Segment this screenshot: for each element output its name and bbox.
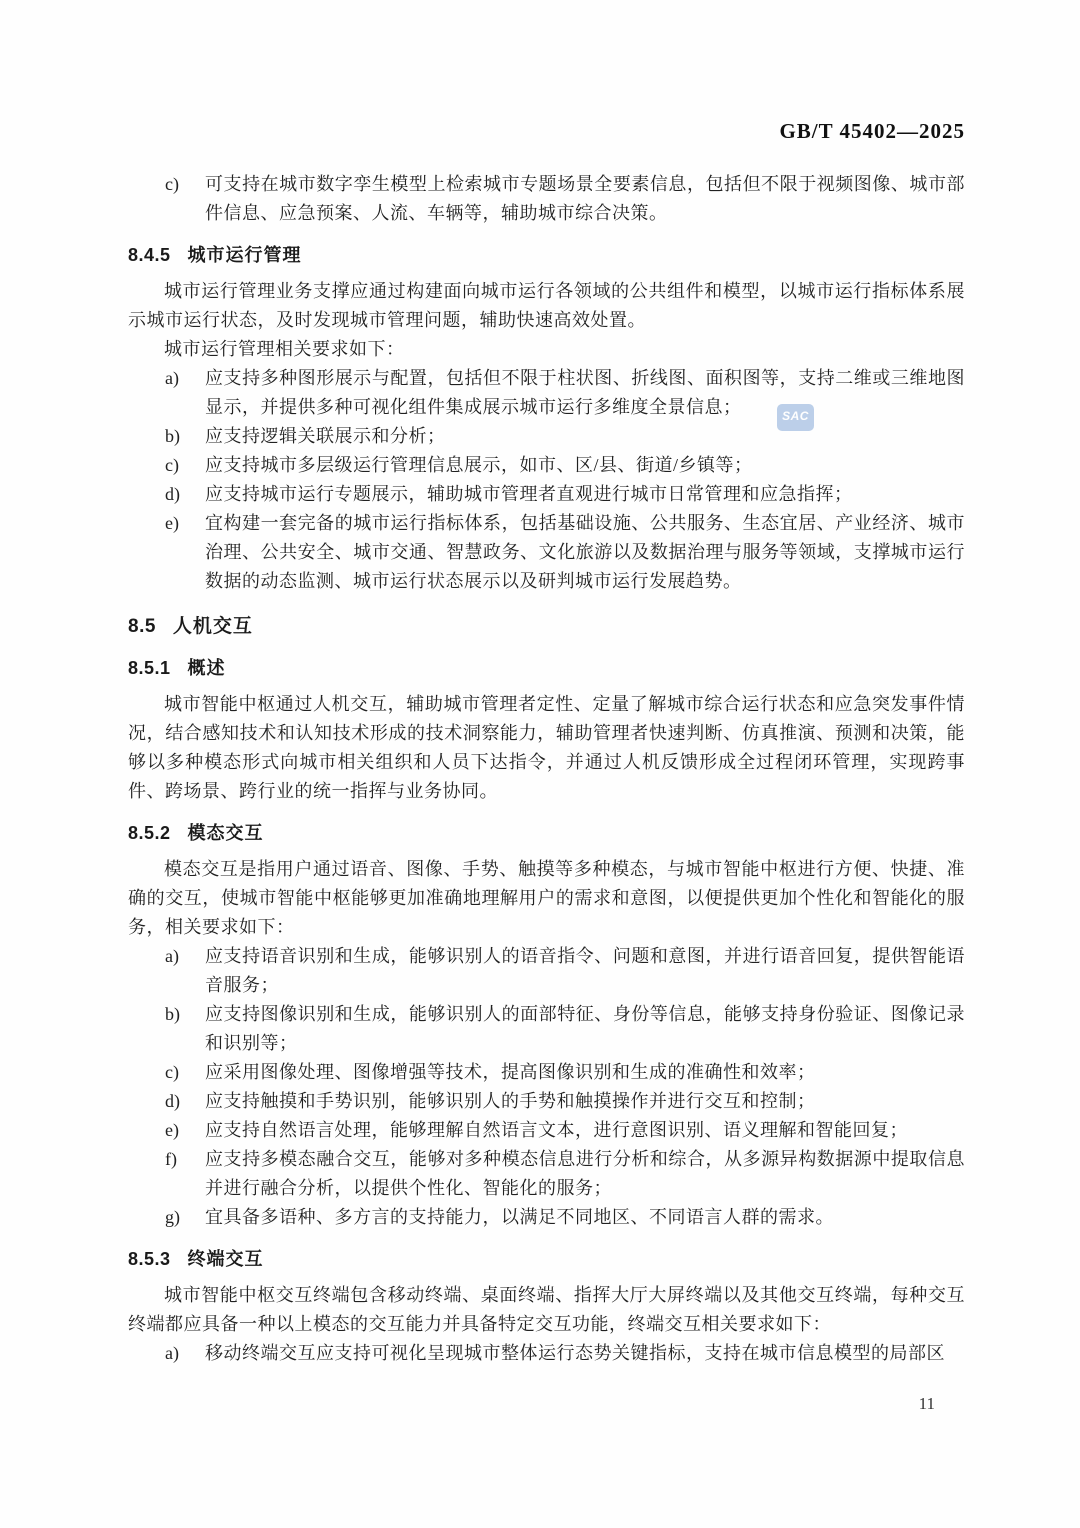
section-heading-8-5: 8.5人机交互 [128, 612, 965, 641]
list-marker: c) [165, 170, 179, 199]
list-text: 可支持在城市数字孪生模型上检索城市专题场景全要素信息，包括但不限于视频图像、城市… [205, 170, 965, 228]
list-item: c) 可支持在城市数字孪生模型上检索城市专题场景全要素信息，包括但不限于视频图像… [128, 170, 965, 228]
heading-title: 概述 [188, 658, 226, 678]
section-heading-8-5-1: 8.5.1概述 [128, 654, 965, 683]
list-marker: b) [165, 422, 180, 451]
list-item: c) 应支持城市多层级运行管理信息展示，如市、区/县、街道/乡镇等； [128, 451, 965, 480]
list-text: 应支持多种图形展示与配置，包括但不限于柱状图、折线图、面积图等，支持二维或三维地… [205, 364, 965, 422]
list-marker: a) [165, 942, 179, 971]
page-content: GB/T 45402—2025 c) 可支持在城市数字孪生模型上检索城市专题场景… [0, 0, 1080, 1368]
heading-title: 模态交互 [188, 823, 264, 843]
list-item: a) 应支持语音识别和生成，能够识别人的语音指令、问题和意图，并进行语音回复，提… [128, 942, 965, 1000]
section-heading-8-4-5: 8.4.5城市运行管理 [128, 241, 965, 270]
list-marker: e) [165, 509, 179, 538]
heading-title: 终端交互 [188, 1249, 264, 1269]
heading-number: 8.4.5 [128, 245, 171, 265]
list-text: 移动终端交互应支持可视化呈现城市整体运行态势关键指标，支持在城市信息模型的局部区 [205, 1339, 965, 1368]
heading-number: 8.5.1 [128, 658, 171, 678]
heading-number: 8.5.2 [128, 823, 171, 843]
list-item: d) 应支持触摸和手势识别，能够识别人的手势和触摸操作并进行交互和控制； [128, 1087, 965, 1116]
list-item: a) 移动终端交互应支持可视化呈现城市整体运行态势关键指标，支持在城市信息模型的… [128, 1339, 965, 1368]
list-item: e) 应支持自然语言处理，能够理解自然语言文本，进行意图识别、语义理解和智能回复… [128, 1116, 965, 1145]
list-text: 应支持语音识别和生成，能够识别人的语音指令、问题和意图，并进行语音回复，提供智能… [205, 942, 965, 1000]
list-text: 宜构建一套完备的城市运行指标体系，包括基础设施、公共服务、生态宜居、产业经济、城… [205, 509, 965, 596]
list-text: 应支持逻辑关联展示和分析； [205, 422, 965, 451]
heading-title: 人机交互 [173, 616, 253, 637]
list-text: 应支持城市多层级运行管理信息展示，如市、区/县、街道/乡镇等； [205, 451, 965, 480]
list-marker: a) [165, 1339, 179, 1368]
list-text: 应支持多模态融合交互，能够对多种模态信息进行分析和综合，从多源异构数据源中提取信… [205, 1145, 965, 1203]
paragraph: 城市运行管理相关要求如下： [128, 335, 965, 364]
list-text: 宜具备多语种、多方言的支持能力，以满足不同地区、不同语言人群的需求。 [205, 1203, 965, 1232]
page-number: 11 [919, 1394, 935, 1414]
list-text: 应支持自然语言处理，能够理解自然语言文本，进行意图识别、语义理解和智能回复； [205, 1116, 965, 1145]
standard-number: GB/T 45402—2025 [128, 118, 965, 144]
list-marker: d) [165, 1087, 180, 1116]
list-item: e) 宜构建一套完备的城市运行指标体系，包括基础设施、公共服务、生态宜居、产业经… [128, 509, 965, 596]
paragraph: 城市运行管理业务支撑应通过构建面向城市运行各领域的公共组件和模型，以城市运行指标… [128, 277, 965, 335]
paragraph: 城市智能中枢交互终端包含移动终端、桌面终端、指挥大厅大屏终端以及其他交互终端，每… [128, 1281, 965, 1339]
list-marker: b) [165, 1000, 180, 1029]
list-marker: c) [165, 451, 179, 480]
list-text: 应采用图像处理、图像增强等技术，提高图像识别和生成的准确性和效率； [205, 1058, 965, 1087]
list-item: g) 宜具备多语种、多方言的支持能力，以满足不同地区、不同语言人群的需求。 [128, 1203, 965, 1232]
list-marker: g) [165, 1203, 180, 1232]
list-marker: e) [165, 1116, 179, 1145]
heading-number: 8.5.3 [128, 1249, 171, 1269]
list-marker: a) [165, 364, 179, 393]
heading-title: 城市运行管理 [188, 245, 302, 265]
list-text: 应支持城市运行专题展示，辅助城市管理者直观进行城市日常管理和应急指挥； [205, 480, 965, 509]
list-marker: c) [165, 1058, 179, 1087]
list-marker: f) [165, 1145, 177, 1174]
list-item: a) 应支持多种图形展示与配置，包括但不限于柱状图、折线图、面积图等，支持二维或… [128, 364, 965, 422]
section-heading-8-5-2: 8.5.2模态交互 [128, 819, 965, 848]
heading-number: 8.5 [128, 616, 156, 637]
list-item: f) 应支持多模态融合交互，能够对多种模态信息进行分析和综合，从多源异构数据源中… [128, 1145, 965, 1203]
paragraph: 城市智能中枢通过人机交互，辅助城市管理者定性、定量了解城市综合运行状态和应急突发… [128, 690, 965, 806]
section-heading-8-5-3: 8.5.3终端交互 [128, 1245, 965, 1274]
paragraph: 模态交互是指用户通过语音、图像、手势、触摸等多种模态，与城市智能中枢进行方便、快… [128, 855, 965, 942]
list-marker: d) [165, 480, 180, 509]
list-item: d) 应支持城市运行专题展示，辅助城市管理者直观进行城市日常管理和应急指挥； [128, 480, 965, 509]
list-item: b) 应支持图像识别和生成，能够识别人的面部特征、身份等信息，能够支持身份验证、… [128, 1000, 965, 1058]
document-page: SAC GB/T 45402—2025 c) 可支持在城市数字孪生模型上检索城市… [0, 0, 1080, 1528]
list-item: c) 应采用图像处理、图像增强等技术，提高图像识别和生成的准确性和效率； [128, 1058, 965, 1087]
list-text: 应支持触摸和手势识别，能够识别人的手势和触摸操作并进行交互和控制； [205, 1087, 965, 1116]
list-text: 应支持图像识别和生成，能够识别人的面部特征、身份等信息，能够支持身份验证、图像记… [205, 1000, 965, 1058]
list-item: b) 应支持逻辑关联展示和分析； [128, 422, 965, 451]
